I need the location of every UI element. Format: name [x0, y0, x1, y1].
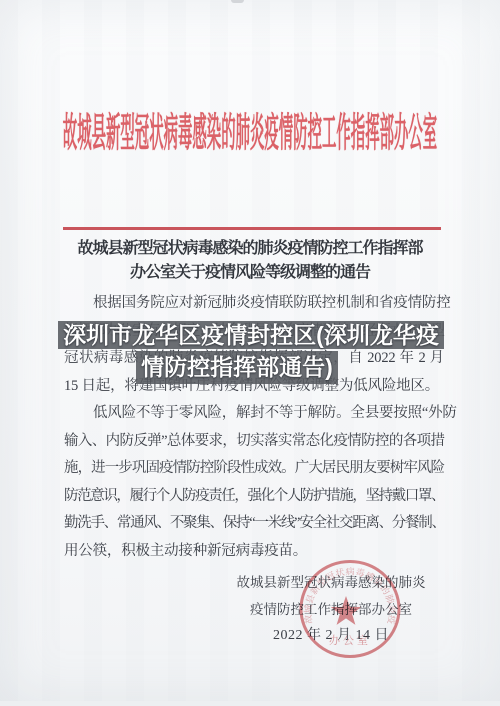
seal-star-icon [331, 596, 361, 625]
document-photo: 故城县新型冠状病毒感染的肺炎疫情防控工作指挥部办公室 故城县新型冠状病毒感染的肺… [0, 0, 500, 706]
body-line: 低风险不等于零风险，解封不等于解防。全县要按照“外防 [64, 400, 444, 428]
body-line: 防范意识，履行个人防疫责任，强化个人防护措施，坚持戴口罩、 [64, 483, 444, 511]
letterhead: 故城县新型冠状病毒感染的肺炎疫情防控工作指挥部办公室 [0, 104, 500, 154]
body-line: 施，进一步巩固疫情防控阶段性成效。广大居民朋友要树牢风险 [64, 455, 444, 483]
letterhead-divider [63, 227, 441, 230]
document-title: 故城县新型冠状病毒感染的肺炎疫情防控工作指挥部 办公室关于疫情风险等级调整的通告 [0, 237, 500, 284]
caption-line2: 情防控指挥部通告) [56, 351, 446, 384]
document-title-line2: 办公室关于疫情风险等级调整的通告 [0, 261, 500, 285]
letterhead-text: 故城县新型冠状病毒感染的肺炎疫情防控工作指挥部办公室 [63, 104, 437, 154]
seal-bottom-text: 办公室 [329, 633, 371, 647]
photo-artifact [231, 0, 244, 3]
caption-overlay: 深圳市龙华区疫情封控区(深圳龙华疫 情防控指挥部通告) [56, 320, 446, 384]
official-seal-icon: 故城县新型冠状病毒感染的肺炎疫情防控工作指挥部 办公室 [296, 558, 404, 660]
photo-edge [0, 701, 500, 706]
document-title-line1: 故城县新型冠状病毒感染的肺炎疫情防控工作指挥部 [0, 237, 500, 261]
body-line: 根据国务院应对新冠肺炎疫情联防联控机制和省疫情防控 [64, 290, 444, 318]
body-line: 勤洗手、常通风、不聚集、保持“一米线”安全社交距离、分餐制、 [64, 510, 444, 538]
caption-line1: 深圳市龙华区疫情封控区(深圳龙华疫 [56, 320, 446, 351]
body-line: 输入、内防反弹”总体要求，切实落实常态化疫情防控的各项措 [64, 428, 444, 456]
